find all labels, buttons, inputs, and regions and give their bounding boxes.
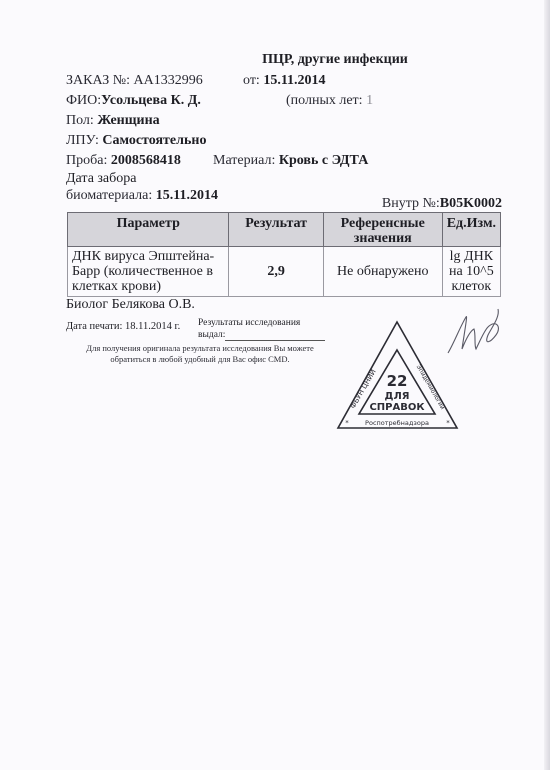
lpu-value: Самостоятельно bbox=[102, 133, 206, 148]
sample: Проба: 2008568418 bbox=[66, 153, 181, 169]
patient-name: ФИО:Усольцева К. Д. bbox=[66, 93, 201, 109]
lpu-label: ЛПУ: bbox=[66, 133, 99, 148]
collection-date-label-1: Дата забора bbox=[66, 171, 137, 187]
issued-by: Результаты исследования выдал: bbox=[198, 317, 325, 341]
internal-number: Внутр №:B05K0002 bbox=[382, 196, 502, 212]
order-value: AA1332996 bbox=[133, 73, 202, 88]
order-date-label: от: bbox=[243, 73, 260, 88]
collection-date: биоматериала: 15.11.2014 bbox=[66, 188, 218, 204]
header-result: Результат bbox=[229, 213, 323, 247]
print-date: Дата печати: 18.11.2014 г. bbox=[66, 321, 180, 332]
issued-label-2: выдал: bbox=[198, 330, 225, 340]
patient-sex: Пол: Женщина bbox=[66, 113, 160, 129]
order-date: от: 15.11.2014 bbox=[243, 73, 326, 89]
stamp-line-2: СПРАВОК bbox=[369, 402, 425, 413]
table-header-row: Параметр Результат Референсные значения … bbox=[68, 213, 501, 247]
patient-label: ФИО: bbox=[66, 93, 101, 108]
stamp-line-1: ДЛЯ bbox=[385, 391, 410, 402]
sample-value: 2008568418 bbox=[111, 153, 181, 168]
document-title: ПЦР, другие инфекции bbox=[0, 52, 550, 68]
order-label: ЗАКАЗ №: bbox=[66, 73, 130, 88]
collection-date-value: 15.11.2014 bbox=[156, 188, 218, 203]
page-edge bbox=[544, 0, 550, 770]
order-number: ЗАКАЗ №: AA1332996 bbox=[66, 73, 203, 89]
cell-reference: Не обнаружено bbox=[323, 247, 442, 297]
lpu: ЛПУ: Самостоятельно bbox=[66, 133, 206, 149]
stamp-bottom-text: Роспотребнадзора bbox=[365, 419, 429, 427]
stamp-star-left: * bbox=[345, 419, 349, 427]
cell-unit: lg ДНК на 10^5 клеток bbox=[442, 247, 500, 297]
cell-parameter: ДНК вируса Эпштейна-Барр (количественное… bbox=[68, 247, 229, 297]
stamp-number: 22 bbox=[387, 372, 408, 390]
sample-label: Проба: bbox=[66, 153, 107, 168]
results-table: Параметр Результат Референсные значения … bbox=[67, 212, 501, 297]
header-unit: Ед.Изм. bbox=[442, 213, 500, 247]
issued-line: выдал: bbox=[198, 329, 325, 341]
patient-value: Усольцева К. Д. bbox=[101, 93, 201, 108]
material-value: Кровь с ЭДТА bbox=[279, 153, 368, 168]
collection-date-label-2: биоматериала: bbox=[66, 188, 152, 203]
header-reference: Референсные значения bbox=[323, 213, 442, 247]
patient-age: (полных лет: 1 bbox=[286, 93, 373, 109]
order-date-value: 15.11.2014 bbox=[263, 73, 325, 88]
header-parameter: Параметр bbox=[68, 213, 229, 247]
material: Материал: Кровь с ЭДТА bbox=[213, 153, 368, 169]
cell-result: 2,9 bbox=[229, 247, 323, 297]
age-value: 1 bbox=[366, 93, 373, 108]
signature-icon bbox=[440, 305, 510, 360]
stamp-star-right: * bbox=[446, 419, 450, 427]
biologist: Биолог Белякова О.В. bbox=[66, 297, 195, 313]
sex-label: Пол: bbox=[66, 113, 94, 128]
issued-label-1: Результаты исследования bbox=[198, 317, 325, 329]
signature-line bbox=[225, 330, 325, 341]
table-row: ДНК вируса Эпштейна-Барр (количественное… bbox=[68, 247, 501, 297]
age-label: (полных лет: bbox=[286, 93, 363, 108]
internal-label: Внутр №: bbox=[382, 196, 440, 211]
footer-note: Для получения оригинала результата иссле… bbox=[70, 343, 330, 365]
material-label: Материал: bbox=[213, 153, 275, 168]
sex-value: Женщина bbox=[97, 113, 159, 128]
internal-value: B05K0002 bbox=[440, 196, 502, 211]
